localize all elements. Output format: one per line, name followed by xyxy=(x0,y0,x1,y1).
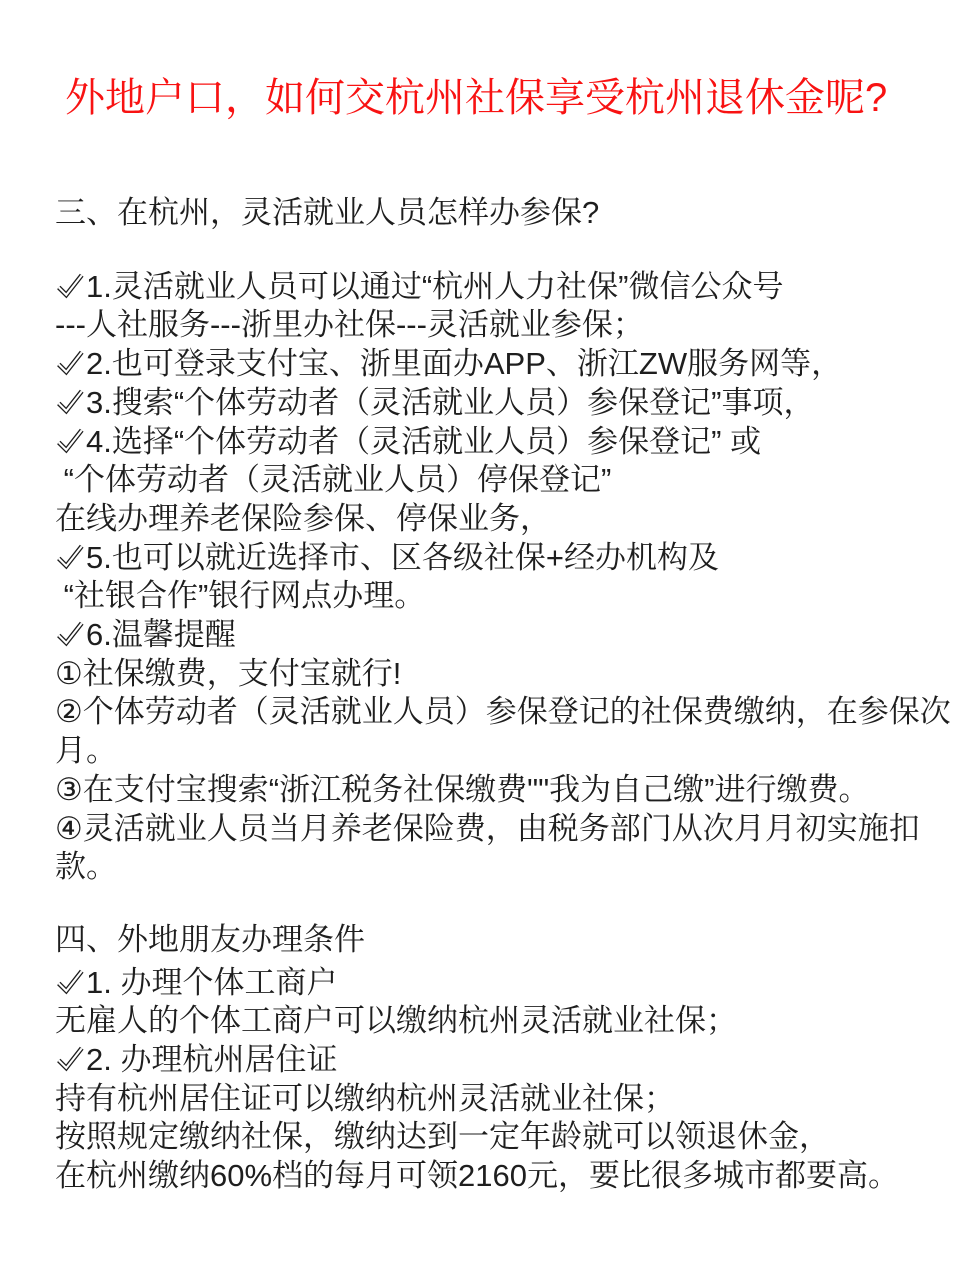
check-icon xyxy=(55,542,85,572)
text-line: 在线办理养老保险参保、停保业务， xyxy=(55,500,952,539)
line-text: 5.也可以就近选择市、区各级社保+经办机构及 xyxy=(86,540,719,575)
check-icon xyxy=(55,967,85,997)
check-icon xyxy=(55,619,85,649)
text-line: 1.灵活就业人员可以通过“杭州人力社保”微信公众号 xyxy=(55,268,952,307)
line-text: 持有杭州居住证可以缴纳杭州灵活就业社保； xyxy=(55,1081,675,1116)
line-text: ---人社服务---浙里办社保---灵活就业参保； xyxy=(55,307,644,342)
text-line: 4.选择“个体劳动者（灵活就业人员）参保登记” 或 xyxy=(55,423,952,462)
section-4-heading: 四、外地朋友办理条件 xyxy=(55,921,952,960)
section-3-heading: 三、在杭州，灵活就业人员怎样办参保? xyxy=(55,194,952,233)
text-line: ④灵活就业人员当月养老保险费，由税务部门从次月月初实施扣款。 xyxy=(55,810,952,887)
check-icon xyxy=(55,348,85,378)
line-text: “个体劳动者（灵活就业人员）停保登记” xyxy=(55,462,611,497)
line-text: “社银合作”银行网点办理。 xyxy=(55,578,425,613)
text-line: “个体劳动者（灵活就业人员）停保登记” xyxy=(55,461,952,500)
page-title: 外地户口，如何交杭州社保享受杭州退休金呢? xyxy=(65,74,952,122)
text-line: ①社保缴费，支付宝就行! xyxy=(55,655,952,694)
line-text: 1. 办理个体工商户 xyxy=(86,965,337,1000)
text-line: 在杭州缴纳60%档的每月可领2160元，要比很多城市都要高。 xyxy=(55,1157,952,1196)
text-line: 6.温馨提醒 xyxy=(55,616,952,655)
line-text: 2. 办理杭州居住证 xyxy=(86,1042,337,1077)
article-page: 外地户口，如何交杭州社保享受杭州退休金呢? 三、在杭州，灵活就业人员怎样办参保?… xyxy=(0,0,960,1280)
text-line: 1. 办理个体工商户 xyxy=(55,964,952,1003)
text-line: ②个体劳动者（灵活就业人员）参保登记的社保费缴纳，在参保次月。 xyxy=(55,693,952,770)
line-text: 在杭州缴纳60%档的每月可领2160元，要比很多城市都要高。 xyxy=(55,1158,899,1193)
line-text: 6.温馨提醒 xyxy=(86,617,236,652)
line-text: 按照规定缴纳社保，缴纳达到一定年龄就可以领退休金， xyxy=(55,1119,830,1154)
text-line: 3.搜索“个体劳动者（灵活就业人员）参保登记”事项， xyxy=(55,384,952,423)
text-line: 按照规定缴纳社保，缴纳达到一定年龄就可以领退休金， xyxy=(55,1118,952,1157)
check-icon xyxy=(55,426,85,456)
check-icon xyxy=(55,387,85,417)
text-line: 2.也可登录支付宝、浙里面办APP、浙江ZW服务网等， xyxy=(55,345,952,384)
line-text: ③在支付宝搜索“浙江税务社保缴费""我为自己缴”进行缴费。 xyxy=(55,772,869,807)
line-text: 1.灵活就业人员可以通过“杭州人力社保”微信公众号 xyxy=(86,269,784,304)
section-4-lines: 1. 办理个体工商户无雇人的个体工商户可以缴纳杭州灵活就业社保；2. 办理杭州居… xyxy=(55,964,952,1196)
text-line: ---人社服务---浙里办社保---灵活就业参保； xyxy=(55,306,952,345)
line-text: 4.选择“个体劳动者（灵活就业人员）参保登记” 或 xyxy=(86,424,761,459)
text-line: ③在支付宝搜索“浙江税务社保缴费""我为自己缴”进行缴费。 xyxy=(55,771,952,810)
line-text: 2.也可登录支付宝、浙里面办APP、浙江ZW服务网等， xyxy=(86,346,842,381)
text-line: 持有杭州居住证可以缴纳杭州灵活就业社保； xyxy=(55,1080,952,1119)
line-text: ②个体劳动者（灵活就业人员）参保登记的社保费缴纳，在参保次月。 xyxy=(55,694,951,768)
line-text: ④灵活就业人员当月养老保险费，由税务部门从次月月初实施扣款。 xyxy=(55,811,920,885)
text-line: 5.也可以就近选择市、区各级社保+经办机构及 xyxy=(55,539,952,578)
line-text: 在线办理养老保险参保、停保业务， xyxy=(55,501,551,536)
text-line: 无雇人的个体工商户可以缴纳杭州灵活就业社保； xyxy=(55,1002,952,1041)
text-line: 2. 办理杭州居住证 xyxy=(55,1041,952,1080)
check-icon xyxy=(55,1044,85,1074)
check-icon xyxy=(55,271,85,301)
line-text: 3.搜索“个体劳动者（灵活就业人员）参保登记”事项， xyxy=(86,385,815,420)
section-3-lines: 1.灵活就业人员可以通过“杭州人力社保”微信公众号---人社服务---浙里办社保… xyxy=(55,268,952,887)
line-text: 无雇人的个体工商户可以缴纳杭州灵活就业社保； xyxy=(55,1003,737,1038)
text-line: “社银合作”银行网点办理。 xyxy=(55,577,952,616)
line-text: ①社保缴费，支付宝就行! xyxy=(55,656,401,691)
